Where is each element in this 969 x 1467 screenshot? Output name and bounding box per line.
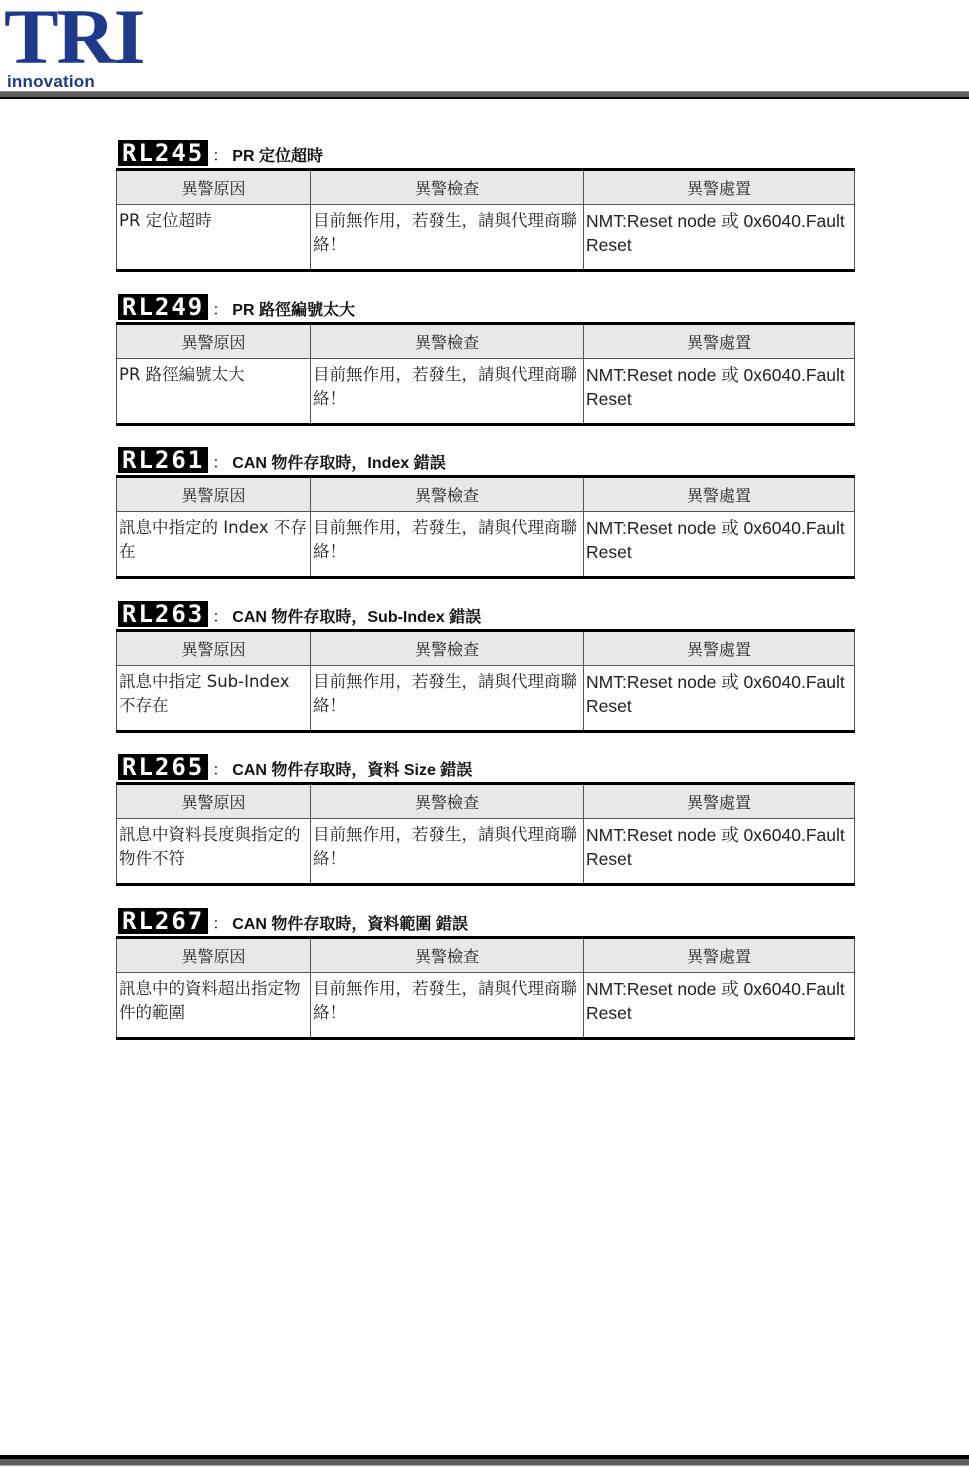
title-colon: ： [212,609,228,626]
alarm-title: ：CAN 物件存取時，Sub-Index 錯誤 [212,607,481,629]
header-check: 異警檢查 [311,170,584,205]
header-action: 異警處置 [584,784,855,819]
table-header-row: 異警原因 異警檢查 異警處置 [117,170,855,205]
alarm-section-al261: RL261 ：CAN 物件存取時，Index 錯誤 異警原因 異警檢查 異警處置… [116,443,854,579]
header-cause: 異警原因 [117,784,311,819]
cell-action: NMT:Reset node 或 0x6040.Fault Reset [584,666,855,732]
alarm-title: ：CAN 物件存取時，資料 Size 錯誤 [212,760,472,782]
alarm-table: 異警原因 異警檢查 異警處置 訊息中指定 Sub-Index 不存在 目前無作用… [116,629,855,733]
alarm-title: ：PR 定位超時 [212,146,323,168]
header-cause: 異警原因 [117,938,311,973]
alarm-code-badge: RL261 [118,447,208,473]
table-header-row: 異警原因 異警檢查 異警處置 [117,477,855,512]
alarm-code-badge: RL267 [118,908,208,934]
cell-action: NMT:Reset node 或 0x6040.Fault Reset [584,819,855,885]
alarm-table: 異警原因 異警檢查 異警處置 PR 定位超時 目前無作用，若發生，請與代理商聯絡… [116,168,855,272]
title-colon: ： [212,916,228,933]
cell-action: NMT:Reset node 或 0x6040.Fault Reset [584,205,855,271]
table-header-row: 異警原因 異警檢查 異警處置 [117,784,855,819]
alarm-code-badge: RL263 [118,601,208,627]
cell-check: 目前無作用，若發生，請與代理商聯絡！ [311,973,584,1039]
cell-check: 目前無作用，若發生，請與代理商聯絡！ [311,666,584,732]
alarm-title-text: CAN 物件存取時，Sub-Index 錯誤 [232,609,481,626]
header-cause: 異警原因 [117,631,311,666]
company-logo: TRI innovation [4,2,116,90]
header-check: 異警檢查 [311,631,584,666]
alarm-code-badge: RL265 [118,754,208,780]
header-action: 異警處置 [584,938,855,973]
alarm-section-al265: RL265 ：CAN 物件存取時，資料 Size 錯誤 異警原因 異警檢查 異警… [116,750,854,886]
alarm-title-text: PR 定位超時 [232,148,323,165]
alarm-title-text: CAN 物件存取時，資料範圍 錯誤 [232,916,468,933]
cell-cause: 訊息中的資料超出指定物件的範圍 [117,973,311,1039]
table-row: PR 路徑編號太大 目前無作用，若發生，請與代理商聯絡！ NMT:Reset n… [117,359,855,425]
header-cause: 異警原因 [117,477,311,512]
alarm-table: 異警原因 異警檢查 異警處置 訊息中指定的 Index 不存在 目前無作用，若發… [116,475,855,579]
title-colon: ： [212,762,228,779]
alarm-table: 異警原因 異警檢查 異警處置 訊息中的資料超出指定物件的範圍 目前無作用，若發生… [116,936,855,1040]
cell-cause: PR 路徑編號太大 [117,359,311,425]
header-action: 異警處置 [584,324,855,359]
cell-cause: 訊息中指定 Sub-Index 不存在 [117,666,311,732]
table-header-row: 異警原因 異警檢查 異警處置 [117,324,855,359]
logo-mark: TRI [4,2,143,72]
table-row: 訊息中指定 Sub-Index 不存在 目前無作用，若發生，請與代理商聯絡！ N… [117,666,855,732]
header-cause: 異警原因 [117,324,311,359]
alarm-section-al267: RL267 ：CAN 物件存取時，資料範圍 錯誤 異警原因 異警檢查 異警處置 … [116,904,854,1040]
footer-divider-shade [0,1459,969,1466]
alarm-title-row: RL267 ：CAN 物件存取時，資料範圍 錯誤 [116,904,854,936]
header-action: 異警處置 [584,477,855,512]
cell-cause: 訊息中指定的 Index 不存在 [117,512,311,578]
cell-check: 目前無作用，若發生，請與代理商聯絡！ [311,819,584,885]
cell-action: NMT:Reset node 或 0x6040.Fault Reset [584,973,855,1039]
header-check: 異警檢查 [311,477,584,512]
title-colon: ： [212,302,228,319]
alarm-code-badge: RL249 [118,294,208,320]
cell-action: NMT:Reset node 或 0x6040.Fault Reset [584,512,855,578]
cell-check: 目前無作用，若發生，請與代理商聯絡！ [311,359,584,425]
alarm-title-row: RL265 ：CAN 物件存取時，資料 Size 錯誤 [116,750,854,782]
alarm-title: ：PR 路徑編號太大 [212,300,355,322]
header-cause: 異警原因 [117,170,311,205]
alarm-title-row: RL263 ：CAN 物件存取時，Sub-Index 錯誤 [116,597,854,629]
alarm-section-al249: RL249 ：PR 路徑編號太大 異警原因 異警檢查 異警處置 PR 路徑編號太… [116,290,854,426]
alarm-section-al263: RL263 ：CAN 物件存取時，Sub-Index 錯誤 異警原因 異警檢查 … [116,597,854,733]
cell-check: 目前無作用，若發生，請與代理商聯絡！ [311,512,584,578]
table-row: PR 定位超時 目前無作用，若發生，請與代理商聯絡！ NMT:Reset nod… [117,205,855,271]
cell-action: NMT:Reset node 或 0x6040.Fault Reset [584,359,855,425]
alarm-section-al245: RL245 ：PR 定位超時 異警原因 異警檢查 異警處置 PR 定位超時 目前… [116,136,854,272]
alarm-title-row: RL245 ：PR 定位超時 [116,136,854,168]
header-action: 異警處置 [584,631,855,666]
header-divider [0,91,969,99]
header-check: 異警檢查 [311,938,584,973]
cell-check: 目前無作用，若發生，請與代理商聯絡！ [311,205,584,271]
alarm-table: 異警原因 異警檢查 異警處置 訊息中資料長度與指定的物件不符 目前無作用，若發生… [116,782,855,886]
alarm-table: 異警原因 異警檢查 異警處置 PR 路徑編號太大 目前無作用，若發生，請與代理商… [116,322,855,426]
table-header-row: 異警原因 異警檢查 異警處置 [117,631,855,666]
header-action: 異警處置 [584,170,855,205]
alarm-title-text: CAN 物件存取時，Index 錯誤 [232,455,445,472]
title-colon: ： [212,148,228,165]
table-header-row: 異警原因 異警檢查 異警處置 [117,938,855,973]
alarm-title: ：CAN 物件存取時，資料範圍 錯誤 [212,914,468,936]
header-check: 異警檢查 [311,784,584,819]
alarm-title-text: PR 路徑編號太大 [232,302,355,319]
logo-text: innovation [7,72,95,92]
alarm-title-row: RL249 ：PR 路徑編號太大 [116,290,854,322]
title-colon: ： [212,455,228,472]
cell-cause: 訊息中資料長度與指定的物件不符 [117,819,311,885]
alarm-title-row: RL261 ：CAN 物件存取時，Index 錯誤 [116,443,854,475]
alarm-title: ：CAN 物件存取時，Index 錯誤 [212,453,445,475]
table-row: 訊息中的資料超出指定物件的範圍 目前無作用，若發生，請與代理商聯絡！ NMT:R… [117,973,855,1039]
table-row: 訊息中資料長度與指定的物件不符 目前無作用，若發生，請與代理商聯絡！ NMT:R… [117,819,855,885]
alarm-title-text: CAN 物件存取時，資料 Size 錯誤 [232,762,472,779]
alarm-code-badge: RL245 [118,140,208,166]
cell-cause: PR 定位超時 [117,205,311,271]
table-row: 訊息中指定的 Index 不存在 目前無作用，若發生，請與代理商聯絡！ NMT:… [117,512,855,578]
header-check: 異警檢查 [311,324,584,359]
